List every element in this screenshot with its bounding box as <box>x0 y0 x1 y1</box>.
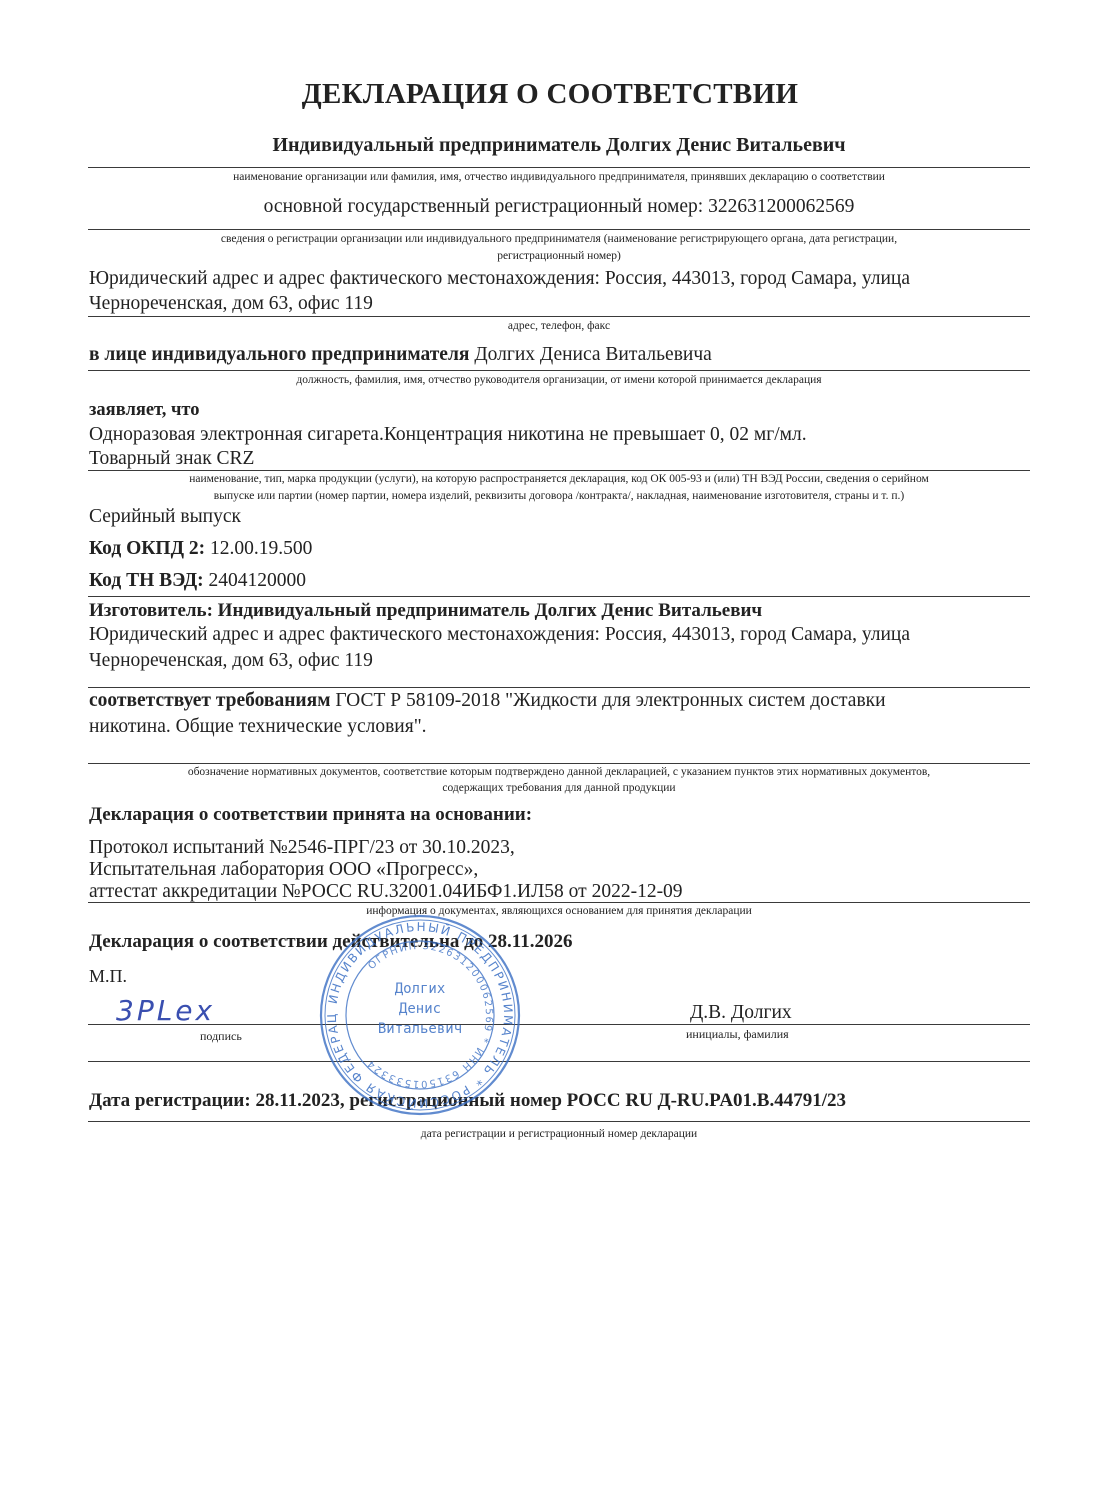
represented-by: в лице индивидуального предпринимателя Д… <box>89 344 712 366</box>
product-description-line2: Товарный знак CRZ <box>89 448 254 470</box>
handwritten-signature: 3PLex <box>116 994 215 1027</box>
applicant-name-hint: наименование организации или фамилия, им… <box>88 169 1030 185</box>
svg-text:Долгих: Долгих <box>395 981 446 997</box>
compliance-label: соответствует требованиям <box>89 690 331 711</box>
ogrn-number: основной государственный регистрационный… <box>88 196 1030 218</box>
basis-laboratory: Испытательная лаборатория ООО «Прогресс»… <box>89 859 478 881</box>
tnved-value: 2404120000 <box>209 570 307 591</box>
okpd-code: Код ОКПД 2: 12.00.19.500 <box>89 538 312 560</box>
divider <box>88 316 1030 317</box>
signature-line <box>88 1024 1030 1025</box>
stamp-seal-icon: ИНДИВИДУАЛЬНЫЙ ПРЕДПРИНИМАТЕЛЬ * РОССИЙС… <box>318 913 522 1117</box>
manufacturer-address-line1: Юридический адрес и адрес фактического м… <box>89 624 910 646</box>
represented-by-label: в лице индивидуального предпринимателя <box>89 344 469 365</box>
basis-heading: Декларация о соответствии принята на осн… <box>89 804 532 826</box>
represented-hint: должность, фамилия, имя, отчество руково… <box>88 372 1030 388</box>
compliance-standard-line2: никотина. Общие технические условия". <box>89 716 427 738</box>
seal-place-label: М.П. <box>89 966 127 987</box>
registration-hint: дата регистрации и регистрационный номер… <box>88 1126 1030 1142</box>
basis-hint: информация о документах, являющихся осно… <box>88 903 1030 919</box>
divider <box>88 167 1030 168</box>
applicant-address-line1: Юридический адрес и адрес фактического м… <box>89 268 910 290</box>
svg-text:Денис: Денис <box>399 1001 441 1017</box>
compliance-line1: соответствует требованиям ГОСТ Р 58109-2… <box>89 690 886 712</box>
initials-hint: инициалы, фамилия <box>686 1027 789 1042</box>
declares-label: заявляет, что <box>89 400 200 421</box>
divider <box>88 596 1030 597</box>
divider <box>88 229 1030 230</box>
manufacturer-address-line2: Черноречeнская, дом 63, офис 119 <box>89 650 373 672</box>
basis-protocol: Протокол испытаний №2546-ПРГ/23 от 30.10… <box>89 837 515 859</box>
svg-text:Витальевич: Витальевич <box>378 1021 462 1037</box>
divider <box>88 687 1030 688</box>
represented-by-value: Долгих Дениса Витальевича <box>474 344 712 365</box>
applicant-name: Индивидуальный предприниматель Долгих Де… <box>88 134 1030 157</box>
compliance-hint-1: обозначение нормативных документов, соот… <box>88 764 1030 780</box>
product-hint-2: выпуске или партии (номер партии, номера… <box>88 488 1030 504</box>
registration-hint-1: сведения о регистрации организации или и… <box>88 231 1030 247</box>
manufacturer-label: Изготовитель: Индивидуальный предпринима… <box>89 600 762 622</box>
registration-hint-2: регистрационный номер) <box>88 248 1030 264</box>
compliance-hint-2: содержащих требования для данной продукц… <box>88 780 1030 796</box>
document-title: ДЕКЛАРАЦИЯ О СООТВЕТСТВИИ <box>0 78 1100 111</box>
product-description-line1: Одноразовая электронная сигарета.Концент… <box>89 424 807 446</box>
tnved-code: Код ТН ВЭД: 2404120000 <box>89 570 306 592</box>
address-hint: адрес, телефон, факс <box>88 318 1030 334</box>
okpd-label: Код ОКПД 2: <box>89 538 205 559</box>
signer-initials: Д.В. Долгих <box>690 1002 792 1024</box>
divider <box>88 1061 1030 1062</box>
divider <box>88 370 1030 371</box>
tnved-label: Код ТН ВЭД: <box>89 570 204 591</box>
product-hint-1: наименование, тип, марка продукции (услу… <box>88 471 1030 487</box>
release-type: Серийный выпуск <box>89 506 241 528</box>
applicant-address-line2: Черноречeнская, дом 63, офис 119 <box>89 293 373 315</box>
basis-accreditation: аттестат аккредитации №РОСС RU.32001.04И… <box>89 881 683 903</box>
divider <box>88 1121 1030 1122</box>
official-stamp: ИНДИВИДУАЛЬНЫЙ ПРЕДПРИНИМАТЕЛЬ * РОССИЙС… <box>318 913 522 1117</box>
signature-hint: подпись <box>200 1029 242 1044</box>
compliance-standard-line1: ГОСТ Р 58109-2018 "Жидкости для электрон… <box>335 690 885 711</box>
okpd-value: 12.00.19.500 <box>210 538 312 559</box>
